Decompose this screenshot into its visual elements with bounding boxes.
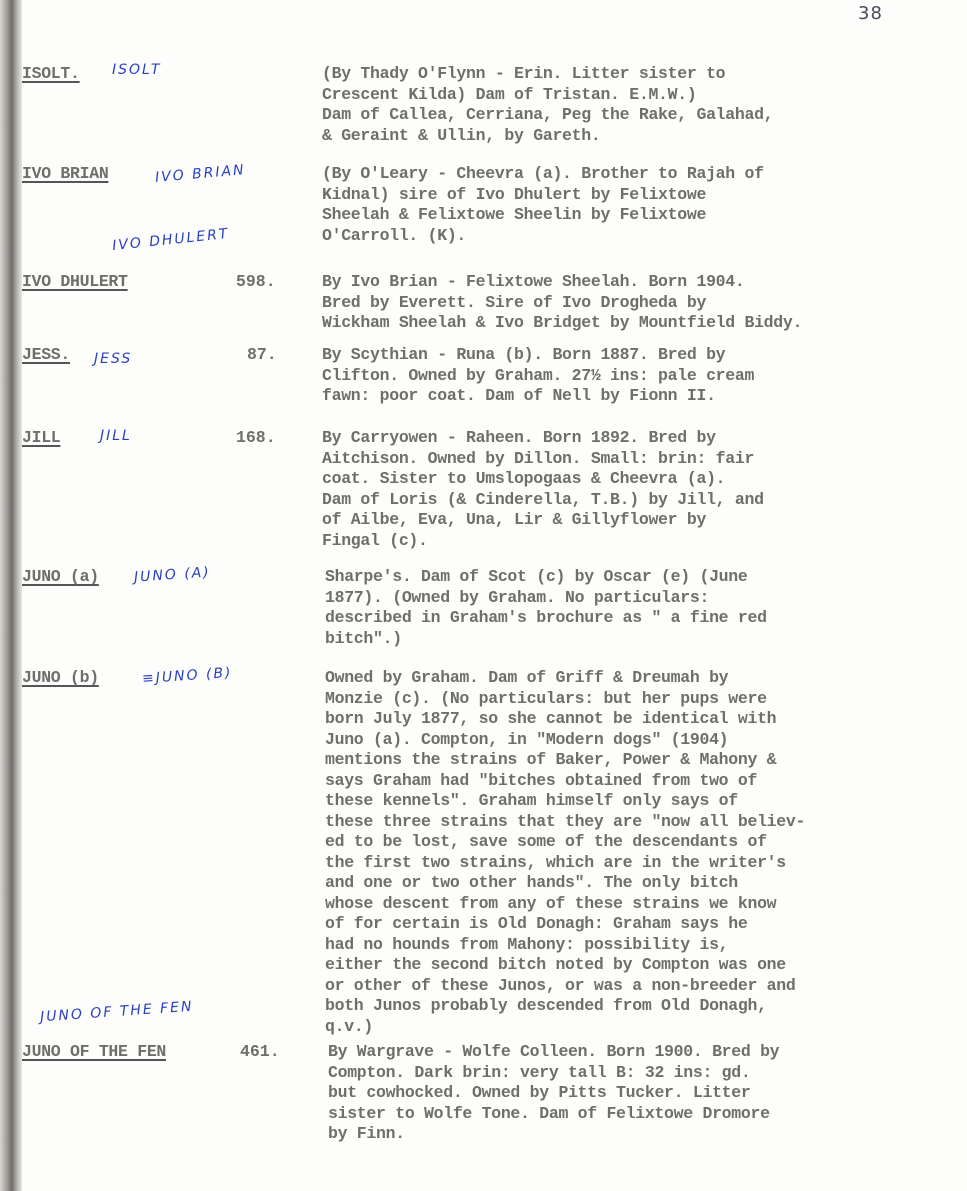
handwritten-annotation: JUNO OF THE FEN (40, 999, 194, 1026)
entry-name: JILL (22, 428, 60, 447)
book-binding-edge (0, 0, 22, 1191)
handwritten-annotation: IVO DHULERT (111, 226, 230, 254)
entry-name: JUNO (b) (22, 668, 99, 687)
entry-name: IVO DHULERT (22, 272, 128, 291)
handwritten-annotation: ISOLT (112, 62, 161, 78)
entry-name: JUNO (a) (22, 567, 99, 586)
page-number: 38 (858, 3, 883, 24)
handwritten-annotation: JILL (100, 428, 132, 444)
entry-text: (By O'Leary - Cheevra (a). Brother to Ra… (322, 164, 932, 246)
handwritten-annotation: ≡JUNO (B) (142, 665, 233, 687)
entry-text: By Wargrave - Wolfe Colleen. Born 1900. … (328, 1042, 938, 1145)
entry-name: JUNO OF THE FEN (22, 1042, 166, 1061)
entry-number: 87. (247, 345, 307, 364)
entry-text: Owned by Graham. Dam of Griff & Dreumah … (325, 668, 935, 1037)
entry-text: By Scythian - Runa (b). Born 1887. Bred … (322, 345, 932, 407)
entry-text: By Carryowen - Raheen. Born 1892. Bred b… (322, 428, 932, 551)
entry-text: By Ivo Brian - Felixtowe Sheelah. Born 1… (322, 272, 932, 334)
entry-name: IVO BRIAN (22, 164, 108, 183)
handwritten-annotation: JUNO (A) (134, 564, 212, 585)
entry-number: 461. (240, 1042, 300, 1061)
handwritten-annotation: JESS (94, 351, 132, 367)
entry-text: (By Thady O'Flynn - Erin. Litter sister … (322, 64, 932, 146)
entry-number: 598. (236, 272, 296, 291)
entry-text: Sharpe's. Dam of Scot (c) by Oscar (e) (… (325, 567, 935, 649)
entry-name: JESS. (22, 345, 70, 364)
entry-name: ISOLT. (22, 64, 80, 83)
handwritten-annotation: IVO BRIAN (154, 162, 246, 186)
entry-number: 168. (236, 428, 296, 447)
